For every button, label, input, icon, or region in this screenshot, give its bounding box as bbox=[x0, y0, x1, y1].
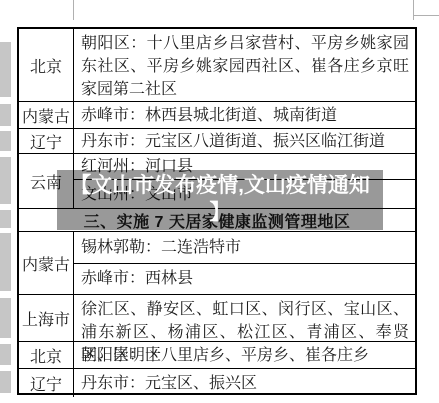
region-cell: 内蒙古 bbox=[19, 232, 74, 294]
margin-strip-mark bbox=[0, 104, 11, 126]
margin-strip-mark bbox=[0, 233, 11, 291]
table-row: 上海市徐汇区、静安区、虹口区、闵行区、宝山区、浦东新区、杨浦区、松江区、青浦区、… bbox=[19, 295, 415, 342]
margin-strip-mark bbox=[0, 371, 11, 393]
table-row: 辽宁丹东市：元宝区、振兴区 bbox=[19, 369, 415, 397]
crop-mark bbox=[414, 15, 439, 16]
area-entry: 赤峰市：林西县城北街道、城南街道 bbox=[74, 102, 415, 128]
area-cell: 丹东市：元宝区、振兴区 bbox=[74, 369, 415, 397]
caption-line-2: 】 bbox=[210, 200, 231, 226]
table-row: 内蒙古赤峰市：林西县城北街道、城南街道 bbox=[19, 102, 415, 129]
margin-strip-mark bbox=[0, 344, 11, 365]
margin-strip-mark bbox=[0, 131, 11, 151]
margin-strip-mark bbox=[0, 157, 11, 204]
area-cell: 朝阳区：十八里店乡、平房乡、崔各庄乡 bbox=[74, 342, 415, 368]
document-page: 北京朝阳区：十八里店乡吕家营村、平房乡姚家园东社区、平房乡姚家园西社区、崔各庄乡… bbox=[0, 0, 439, 403]
margin-strip-mark bbox=[0, 298, 11, 338]
area-entry: 丹东市：元宝区、振兴区 bbox=[74, 369, 415, 397]
area-entry: 徐汇区、静安区、虹口区、闵行区、宝山区、浦东新区、杨浦区、松江区、青浦区、奉贤区… bbox=[74, 295, 415, 342]
crop-mark bbox=[73, 0, 74, 20]
table-row: 北京朝阳区：十八里店乡、平房乡、崔各庄乡 bbox=[19, 342, 415, 369]
area-entry: 丹东市：元宝区八道街道、振兴区临江街道 bbox=[74, 129, 415, 154]
caption-line-1: 【文山市发布疫情,文山疫情通知 bbox=[70, 172, 370, 200]
table-row: 内蒙古锡林郭勒：二连浩特市赤峰市：西林县 bbox=[19, 232, 415, 295]
area-entry: 朝阳区：十八里店乡吕家营村、平房乡姚家园东社区、平房乡姚家园西社区、崔各庄乡京旺… bbox=[74, 29, 415, 102]
region-cell: 上海市 bbox=[19, 295, 74, 341]
region-cell: 北京 bbox=[19, 29, 74, 101]
area-cell: 锡林郭勒：二连浩特市赤峰市：西林县 bbox=[74, 232, 415, 294]
crop-mark bbox=[413, 0, 414, 20]
table-row: 辽宁丹东市：元宝区八道街道、振兴区临江街道 bbox=[19, 129, 415, 154]
area-cell: 徐汇区、静安区、虹口区、闵行区、宝山区、浦东新区、杨浦区、松江区、青浦区、奉贤区… bbox=[74, 295, 415, 341]
area-entry: 朝阳区：十八里店乡、平房乡、崔各庄乡 bbox=[74, 342, 415, 368]
margin-strip-mark bbox=[0, 210, 11, 228]
table-row: 北京朝阳区：十八里店乡吕家营村、平房乡姚家园东社区、平房乡姚家园西社区、崔各庄乡… bbox=[19, 29, 415, 102]
region-cell: 内蒙古 bbox=[19, 102, 74, 128]
caption-overlay: 【文山市发布疫情,文山疫情通知 】 bbox=[57, 170, 383, 230]
area-entry: 赤峰市：西林县 bbox=[74, 264, 415, 295]
region-cell: 辽宁 bbox=[19, 129, 74, 153]
area-entry: 锡林郭勒：二连浩特市 bbox=[74, 232, 415, 264]
region-cell: 北京 bbox=[19, 342, 74, 368]
margin-strip-mark bbox=[0, 42, 11, 97]
area-cell: 丹东市：元宝区八道街道、振兴区临江街道 bbox=[74, 129, 415, 153]
region-cell: 辽宁 bbox=[19, 369, 74, 397]
area-cell: 朝阳区：十八里店乡吕家营村、平房乡姚家园东社区、平房乡姚家园西社区、崔各庄乡京旺… bbox=[74, 29, 415, 101]
area-cell: 赤峰市：林西县城北街道、城南街道 bbox=[74, 102, 415, 128]
